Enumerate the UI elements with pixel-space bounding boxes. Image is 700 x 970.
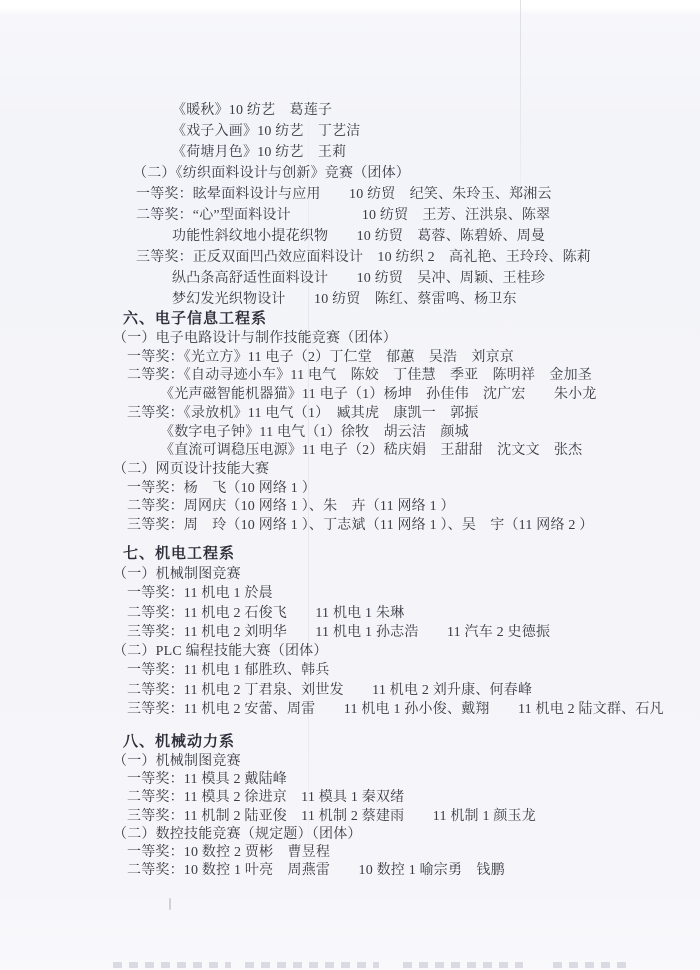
award-entry-continuation: 纵凸条高舒适性面料设计 10 纺贸 吴冲、周颖、王桂珍 <box>172 268 700 289</box>
award-entry-continuation: 功能性斜纹地小提花织物 10 纺贸 葛蓉、陈碧娇、周曼 <box>172 226 700 247</box>
award-entry: 《戏子入画》10 纺艺 丁艺洁 <box>172 121 700 142</box>
award-entry: 三等奖：《录放机》11 电气（1） 臧其虎 康凯一 郭振 <box>127 405 700 424</box>
award-entry: 二等奖：11 机电 2 石俊飞 11 机电 1 朱琳 <box>127 604 700 623</box>
award-entry: 一等奖：杨 飞（10 网络 1 ） <box>127 480 700 499</box>
award-entry: 一等奖：眩晕面料设计与应用 10 纺贸 纪笑、朱玲玉、郑湘云 <box>136 184 700 205</box>
award-entry: 三等奖：正反双面凹凸效应面料设计 10 纺织 2 高礼艳、王玲玲、陈莉 <box>136 247 700 268</box>
competition-subheading: （二）《纺织面料设计与创新》竞赛（团体） <box>133 163 700 184</box>
cut-off-text-line <box>113 962 673 970</box>
competition-subheading: （一）机械制图竞赛 <box>113 565 700 584</box>
cut-off-text-fragment <box>113 962 231 968</box>
award-entry: 一等奖：11 模具 2 戴陆峰 <box>127 771 700 789</box>
award-entry: 二等奖：11 模具 2 徐进京 11 模具 1 秦双绪 <box>127 789 700 807</box>
award-entry-continuation: 《数字电子钟》11 电气（1）徐牧 胡云洁 颜城 <box>160 424 700 443</box>
award-entry: 三等奖：11 机电 2 刘明华 11 机电 1 孙志浩 11 汽车 2 史德振 <box>127 623 700 642</box>
competition-subheading: （二）网页设计技能大赛 <box>113 461 700 480</box>
award-entry: 一等奖：10 数控 2 贾彬 曹昱程 <box>127 844 700 862</box>
award-entry-continuation: 梦幻发光织物设计 10 纺贸 陈红、蔡雷鸣、杨卫东 <box>172 289 700 310</box>
section-mechanical-power: 八、机械动力系 （一）机械制图竞赛 一等奖：11 模具 2 戴陆峰 二等奖：11… <box>0 731 700 880</box>
award-entry: 三等奖：周 玲（10 网络 1 ）、丁志斌（11 网络 1 ）、吴 宇（11 网… <box>127 517 700 536</box>
section-heading: 七、机电工程系 <box>123 543 700 565</box>
competition-subheading: （一）电子电路设计与制作技能竞赛（团体） <box>113 330 700 349</box>
section-electronic-information: 六、电子信息工程系 （一）电子电路设计与制作技能竞赛（团体） 一等奖：《光立方》… <box>0 308 700 536</box>
competition-subheading: （二）PLC 编程技能大赛（团体） <box>113 642 700 661</box>
award-entry: 三等奖：11 机电 2 安蕾、周雷 11 机电 1 孙小俊、戴翔 11 机电 2… <box>127 700 700 719</box>
award-entry: 一等奖：《光立方》11 电子（2）丁仁堂 郁蕙 吴浩 刘京京 <box>127 349 700 368</box>
award-entry: 一等奖：11 机电 1 郁胜玖、韩兵 <box>127 661 700 680</box>
award-entry-continuation: 《直流可调稳压电源》11 电子（2）嵇庆娟 王甜甜 沈文文 张杰 <box>160 442 700 461</box>
section-heading: 六、电子信息工程系 <box>123 308 700 330</box>
award-entry: 二等奖：10 数控 1 叶亮 周燕雷 10 数控 1 喻宗勇 钱鹏 <box>127 862 700 880</box>
paper-top-edge <box>0 0 700 13</box>
competition-subheading: （二）数控技能竞赛（规定题）（团体） <box>113 826 700 844</box>
award-entry: 二等奖：11 机电 2 丁君泉、刘世发 11 机电 2 刘升康、何春峰 <box>127 681 700 700</box>
section-mechatronics: 七、机电工程系 （一）机械制图竞赛 一等奖：11 机电 1 於晨 二等奖：11 … <box>0 543 700 719</box>
award-entry-continuation: 《光声磁智能机器猫》11 电子（1）杨坤 孙佳伟 沈广宏 朱小龙 <box>160 386 700 405</box>
award-entry: 三等奖：11 机制 2 陆亚俊 11 机制 2 蔡建雨 11 机制 1 颜玉龙 <box>127 808 700 826</box>
competition-subheading: （一）机械制图竞赛 <box>113 753 700 771</box>
cut-off-text-fragment <box>245 962 379 968</box>
award-entry: 《暖秋》10 纺艺 葛莲子 <box>172 100 700 121</box>
section-textile-awards: 《暖秋》10 纺艺 葛莲子 《戏子入画》10 纺艺 丁艺洁 《荷塘月色》10 纺… <box>0 100 700 310</box>
section-heading: 八、机械动力系 <box>123 731 700 753</box>
cut-off-text-fragment <box>403 962 523 968</box>
paper-scratch-mark <box>169 898 171 910</box>
award-entry: 《荷塘月色》10 纺艺 王莉 <box>172 142 700 163</box>
scanned-document-page: 《暖秋》10 纺艺 葛莲子 《戏子入画》10 纺艺 丁艺洁 《荷塘月色》10 纺… <box>0 0 700 970</box>
award-entry: 二等奖：“心”型面料设计 10 纺贸 王芳、汪洪泉、陈翠 <box>136 205 700 226</box>
cut-off-text-fragment <box>553 962 631 968</box>
award-entry: 二等奖：《自动寻迹小车》11 电气 陈姣 丁佳慧 季亚 陈明祥 金加圣 <box>127 367 700 386</box>
award-entry: 二等奖：周网庆（10 网络 1 ）、朱 卉（11 网络 1 ） <box>127 498 700 517</box>
award-entry: 一等奖：11 机电 1 於晨 <box>127 584 700 603</box>
